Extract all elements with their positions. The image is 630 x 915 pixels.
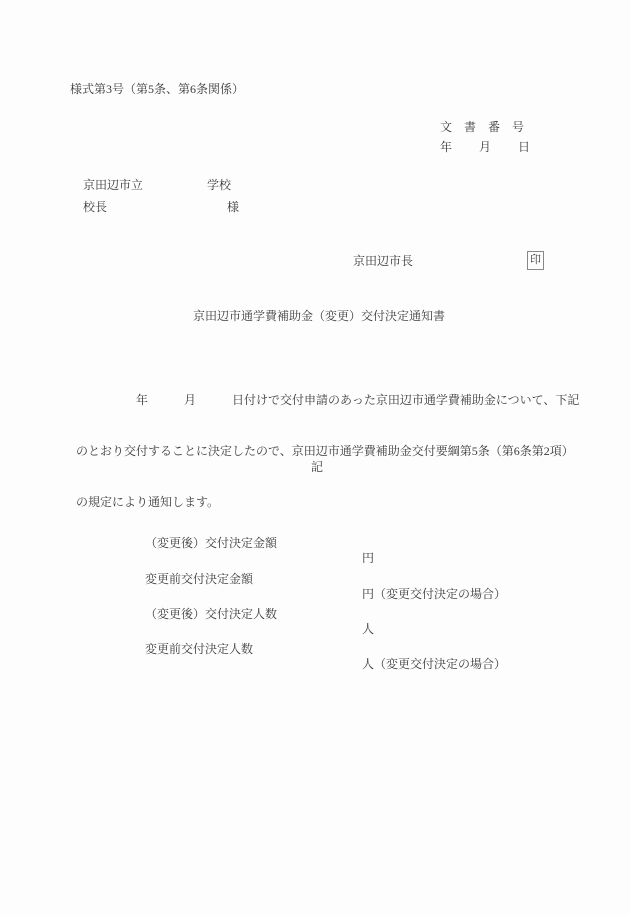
- seal-mark: 印: [530, 255, 541, 266]
- addressee-school-prefix: 京田辺市立: [83, 178, 143, 193]
- item-row-amount-after-change: （変更後）交付決定金額 円: [0, 521, 630, 537]
- item-row-amount-before-change: 変更前交付決定金額 円（変更交付決定の場合）: [0, 557, 630, 573]
- seal-box: 印: [527, 251, 544, 270]
- item-row-persons-after-change: （変更後）交付決定人数 人: [0, 592, 630, 608]
- sender-mayor-title: 京田辺市長: [353, 254, 413, 269]
- body-line-1: 年 月 日付けで交付申請のあった京田辺市通学費補助金について、下記: [76, 390, 606, 411]
- date-line: 年 月 日: [440, 140, 531, 155]
- item-row-persons-before-change: 変更前交付決定人数 人（変更交付決定の場合）: [0, 627, 630, 643]
- item-unit: 人（変更交付決定の場合）: [362, 657, 506, 672]
- list-marker-ki: 記: [311, 460, 323, 475]
- addressee-principal: 校長: [83, 200, 107, 215]
- item-label: 変更前交付決定金額: [145, 572, 253, 587]
- item-label: （変更後）交付決定人数: [145, 607, 277, 622]
- body-paragraph: 年 月 日付けで交付申請のあった京田辺市通学費補助金について、下記 のとおり交付…: [76, 360, 606, 543]
- body-line-3: の規定により通知します。: [76, 492, 606, 513]
- body-line-2: のとおり交付することに決定したので、京田辺市通学費補助金交付要綱第5条（第6条第…: [76, 441, 606, 462]
- document-page: 様式第3号（第5条、第6条関係） 文 書 番 号 年 月 日 京田辺市立 学校 …: [0, 0, 630, 915]
- item-label: （変更後）交付決定金額: [145, 536, 277, 551]
- addressee-school-suffix: 学校: [207, 178, 231, 193]
- document-title: 京田辺市通学費補助金（変更）交付決定通知書: [193, 309, 445, 324]
- item-label: 変更前交付決定人数: [145, 642, 253, 657]
- document-number-line: 文 書 番 号: [440, 120, 524, 135]
- form-number: 様式第3号（第5条、第6条関係）: [70, 82, 244, 97]
- addressee-honorific: 様: [227, 200, 239, 215]
